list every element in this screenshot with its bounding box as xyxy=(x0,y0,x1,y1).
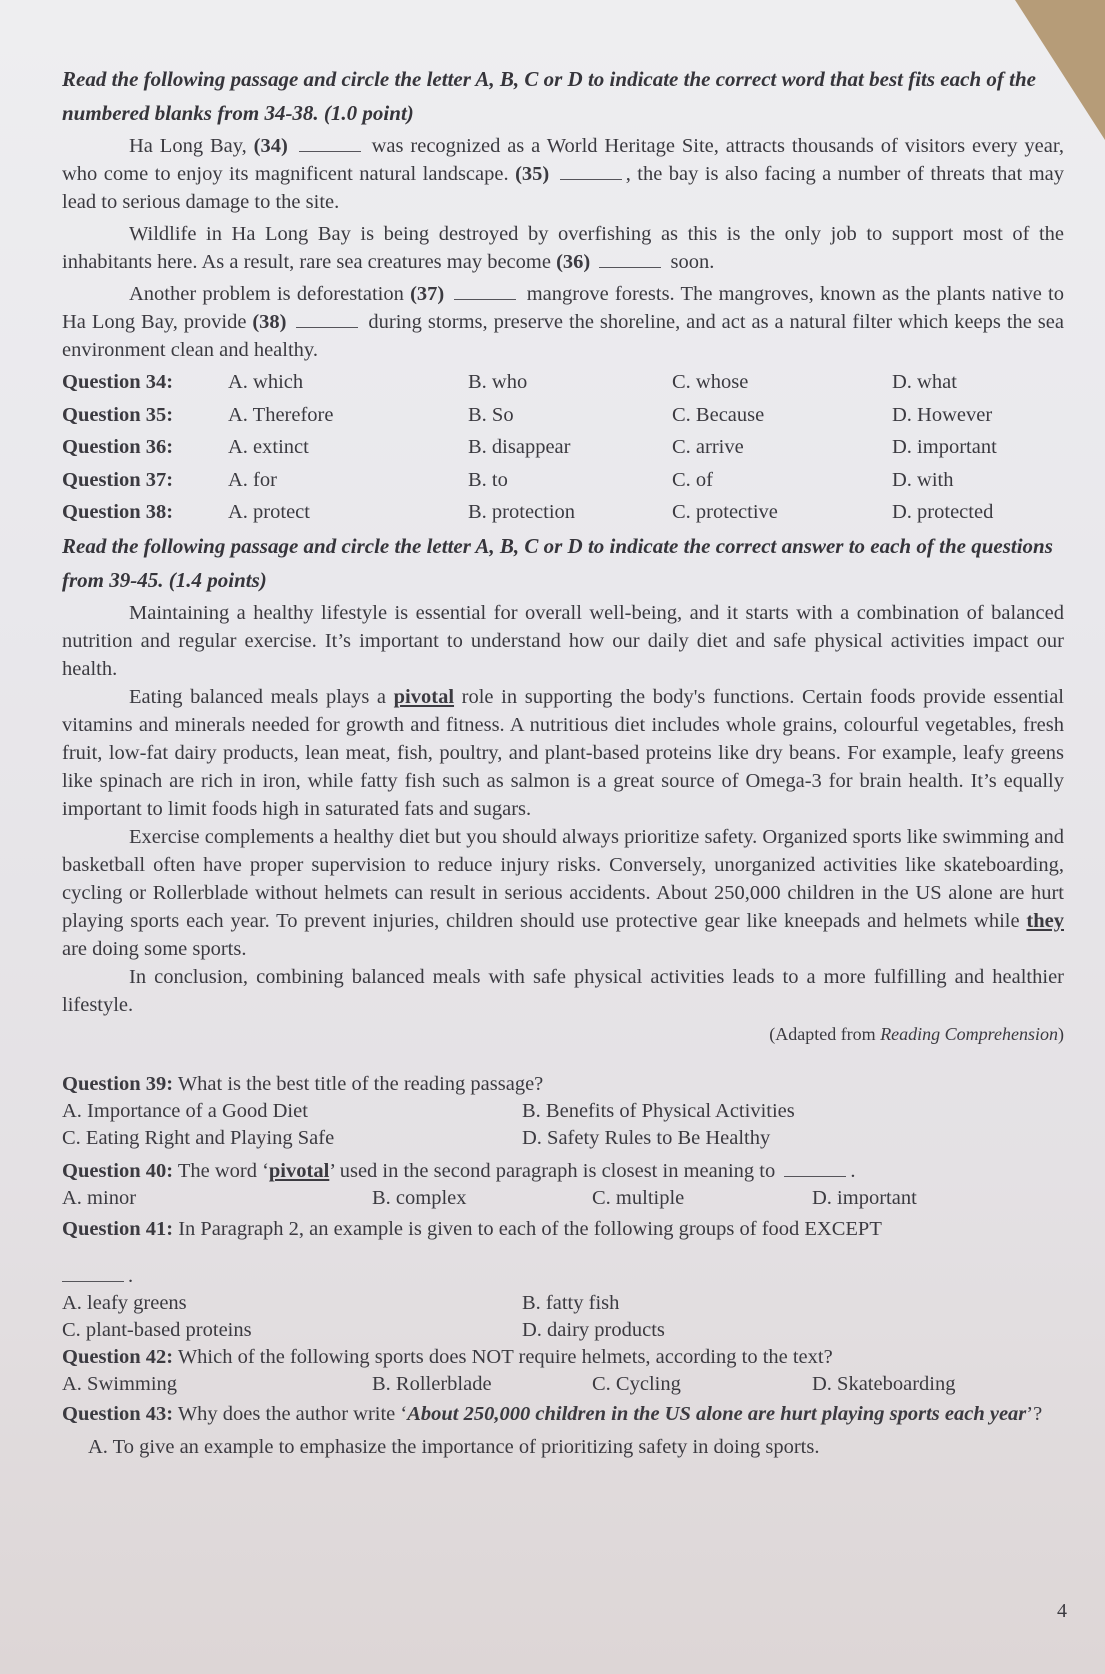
option-d[interactable]: D. Skateboarding xyxy=(812,1371,1052,1398)
option-b[interactable]: B. who xyxy=(468,366,672,399)
blank-37[interactable] xyxy=(454,285,516,300)
option-c[interactable]: C. Cycling xyxy=(592,1371,812,1398)
blank-number-37: (37) xyxy=(410,283,444,305)
exam-page: Read the following passage and circle th… xyxy=(62,62,1064,1464)
section2-instruction: Read the following passage and circle th… xyxy=(62,529,1064,597)
underlined-word-they: they xyxy=(1026,910,1064,932)
option-a[interactable]: A. extinct xyxy=(228,431,468,464)
option-b[interactable]: B. protection xyxy=(468,496,672,529)
option-a[interactable]: A. Swimming xyxy=(62,1371,372,1398)
question-43: Question 43: Why does the author write ‘… xyxy=(62,1398,1064,1464)
option-d[interactable]: D. dairy products xyxy=(522,1317,982,1344)
question-40: Question 40: The word ‘pivotal’ used in … xyxy=(62,1158,1064,1212)
option-d[interactable]: D. important xyxy=(812,1185,1052,1212)
quoted-sentence: About 250,000 children in the US alone a… xyxy=(407,1403,1026,1425)
page-number: 4 xyxy=(1057,1600,1067,1623)
option-b[interactable]: B. So xyxy=(468,399,672,432)
option-a[interactable]: A. Importance of a Good Diet xyxy=(62,1098,522,1125)
option-a[interactable]: A. for xyxy=(228,464,468,497)
option-c[interactable]: C. of xyxy=(672,464,892,497)
blank-number-36: (36) xyxy=(556,251,590,273)
question-36: Question 36: A. extinct B. disappear C. … xyxy=(62,431,1064,464)
question-39: Question 39: What is the best title of t… xyxy=(62,1071,1064,1152)
question-34: Question 34: A. which B. who C. whose D.… xyxy=(62,366,1064,399)
option-b[interactable]: B. fatty fish xyxy=(522,1290,982,1317)
option-a[interactable]: A. minor xyxy=(62,1185,372,1212)
option-c[interactable]: C. whose xyxy=(672,366,892,399)
option-a[interactable]: A. which xyxy=(228,366,468,399)
passage1-paragraph-2: Wildlife in Ha Long Bay is being destroy… xyxy=(62,220,1064,276)
passage1-paragraph-1: Ha Long Bay, (34) was recognized as a Wo… xyxy=(62,132,1064,216)
option-d[interactable]: D. what xyxy=(892,366,1072,399)
section1-instruction: Read the following passage and circle th… xyxy=(62,62,1064,130)
option-a[interactable]: A. protect xyxy=(228,496,468,529)
blank-36[interactable] xyxy=(599,253,661,268)
option-c[interactable]: C. arrive xyxy=(672,431,892,464)
option-c[interactable]: C. protective xyxy=(672,496,892,529)
option-d[interactable]: D. However xyxy=(892,399,1072,432)
option-b[interactable]: B. Rollerblade xyxy=(372,1371,592,1398)
option-d[interactable]: D. important xyxy=(892,431,1072,464)
option-c[interactable]: C. Because xyxy=(672,399,892,432)
blank-number-34: (34) xyxy=(254,135,288,157)
question-42: Question 42: Which of the following spor… xyxy=(62,1344,1064,1398)
question-35: Question 35: A. Therefore B. So C. Becau… xyxy=(62,399,1064,432)
option-d[interactable]: D. protected xyxy=(892,496,1072,529)
option-a[interactable]: A. To give an example to emphasize the i… xyxy=(88,1436,819,1458)
blank-40[interactable] xyxy=(784,1162,846,1177)
option-b[interactable]: B. disappear xyxy=(468,431,672,464)
option-c[interactable]: C. Eating Right and Playing Safe xyxy=(62,1125,522,1152)
passage2-paragraph-4: In conclusion, combining balanced meals … xyxy=(62,963,1064,1019)
option-b[interactable]: B. complex xyxy=(372,1185,592,1212)
blank-35[interactable] xyxy=(560,165,622,180)
question-41: Question 41: In Paragraph 2, an example … xyxy=(62,1216,1064,1344)
option-d[interactable]: D. Safety Rules to Be Healthy xyxy=(522,1125,982,1152)
passage2-paragraph-2: Eating balanced meals plays a pivotal ro… xyxy=(62,683,1064,823)
option-c[interactable]: C. plant-based proteins xyxy=(62,1317,522,1344)
blank-number-35: (35) xyxy=(515,163,549,185)
underlined-word-pivotal: pivotal xyxy=(394,686,454,708)
blank-number-38: (38) xyxy=(252,311,286,333)
option-b[interactable]: B. Benefits of Physical Activities xyxy=(522,1098,982,1125)
underlined-word-pivotal-ref: pivotal xyxy=(269,1160,329,1182)
option-c[interactable]: C. multiple xyxy=(592,1185,812,1212)
source-citation: (Adapted from Reading Comprehension) xyxy=(62,1021,1064,1047)
question-38: Question 38: A. protect B. protection C.… xyxy=(62,496,1064,529)
passage2-paragraph-1: Maintaining a healthy lifestyle is essen… xyxy=(62,599,1064,683)
option-b[interactable]: B. to xyxy=(468,464,672,497)
blank-38[interactable] xyxy=(296,313,358,328)
questions-34-38: Question 34: A. which B. who C. whose D.… xyxy=(62,366,1064,529)
blank-34[interactable] xyxy=(299,137,361,152)
option-a[interactable]: A. leafy greens xyxy=(62,1290,522,1317)
option-a[interactable]: A. Therefore xyxy=(228,399,468,432)
question-37: Question 37: A. for B. to C. of D. with xyxy=(62,464,1064,497)
passage1-paragraph-3: Another problem is deforestation (37) ma… xyxy=(62,280,1064,364)
blank-41[interactable] xyxy=(62,1267,124,1282)
option-d[interactable]: D. with xyxy=(892,464,1072,497)
passage2-paragraph-3: Exercise complements a healthy diet but … xyxy=(62,823,1064,963)
